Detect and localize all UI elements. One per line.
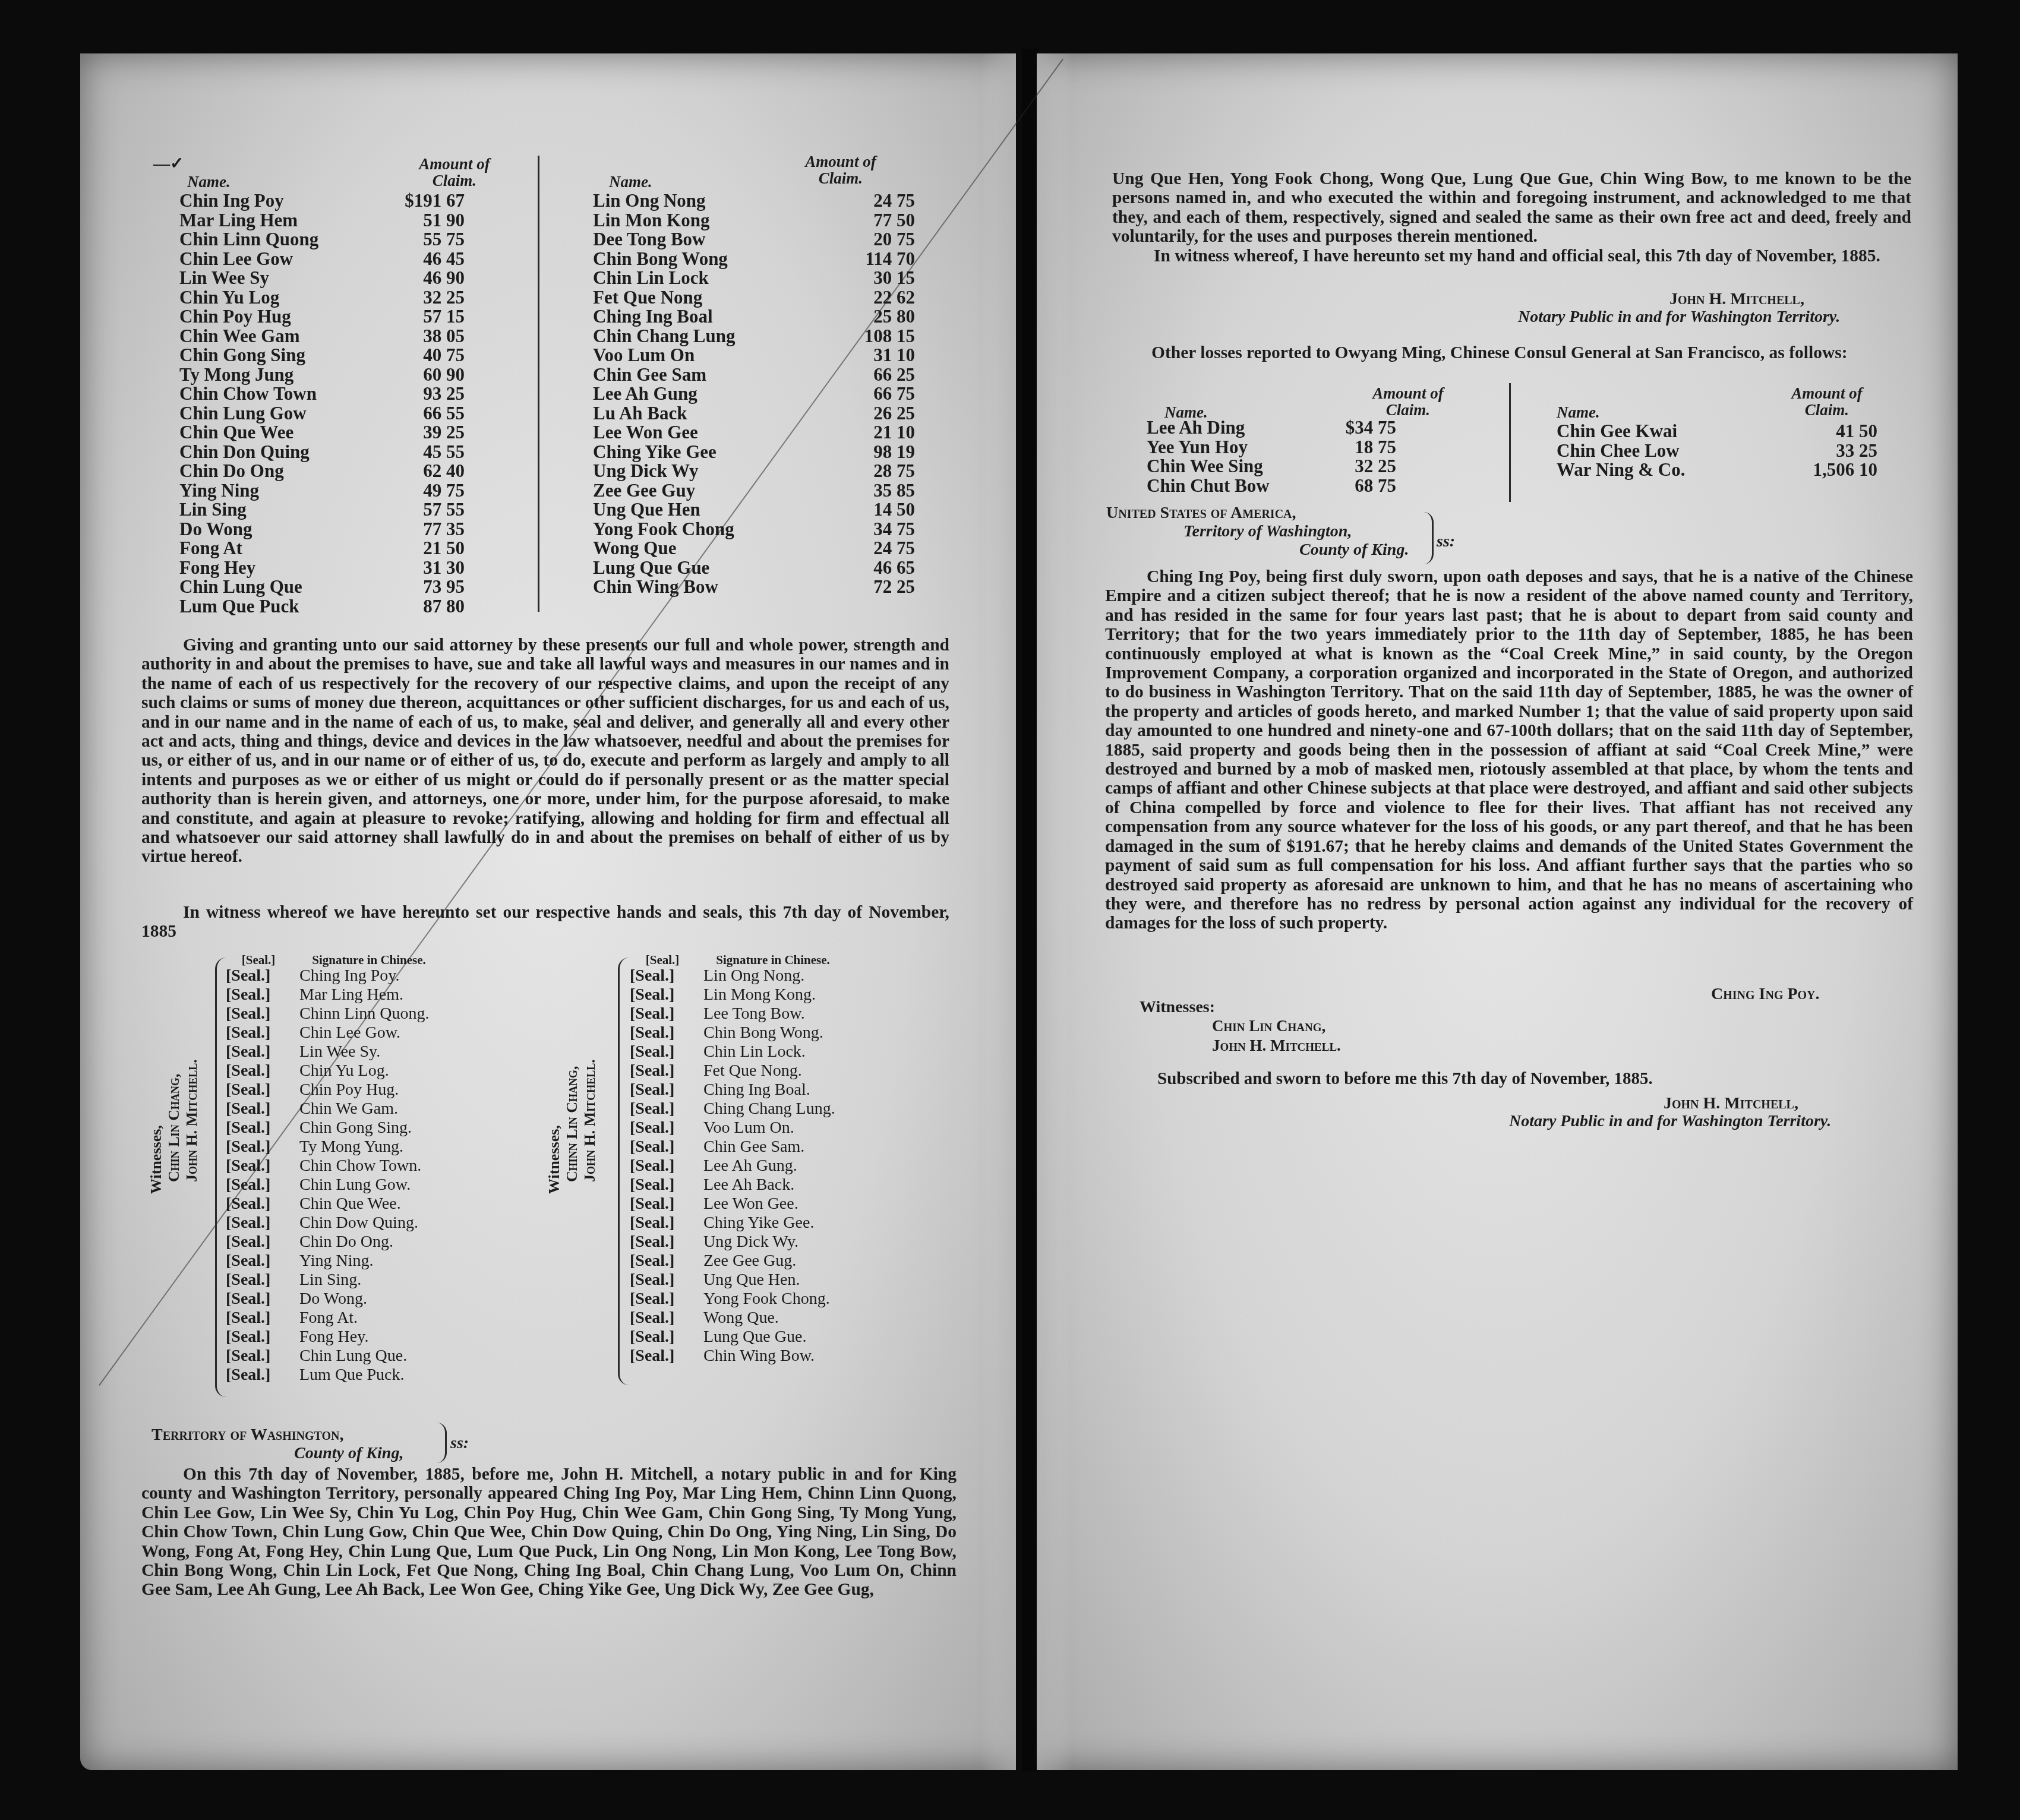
claim-amount: 35 85 xyxy=(838,481,915,501)
seal-mark: Seal. xyxy=(226,1195,291,1214)
claim-row: Lee Ah Gung66 75 xyxy=(593,384,915,404)
claim-amount: 22 62 xyxy=(838,288,915,308)
claim-amount: 68 75 xyxy=(1319,476,1396,496)
power-of-attorney-paragraph: Giving and granting unto our said attorn… xyxy=(141,636,949,867)
claimant-name: Chin Que Wee xyxy=(179,423,387,443)
notary-name: John H. Mitchell, xyxy=(1669,290,1804,309)
amount-header: Amount of Claim. xyxy=(796,153,885,187)
claim-row: Lum Que Puck87 80 xyxy=(179,597,465,617)
claim-amount: 55 75 xyxy=(387,230,465,249)
seal-mark: Seal. xyxy=(226,966,291,985)
seal-mark: Seal. xyxy=(226,1157,291,1176)
claim-row: Ching Yike Gee98 19 xyxy=(593,443,915,462)
signature-row: Seal.Lum Que Puck. xyxy=(226,1366,430,1385)
signatory-name: Chin Do Ong. xyxy=(299,1233,393,1251)
claim-row: Yee Yun Hoy18 75 xyxy=(1147,438,1396,457)
claim-row: Chin Chee Low33 25 xyxy=(1557,441,1877,461)
seal-mark: Seal. xyxy=(630,1137,695,1157)
signature-row: Seal.Ying Ning. xyxy=(226,1252,430,1271)
claim-amount: 41 50 xyxy=(1800,422,1877,441)
seal-mark: Seal. xyxy=(226,1328,291,1347)
seal-mark: Seal. xyxy=(226,1271,291,1290)
seal-mark: Seal. xyxy=(630,1233,695,1252)
seal-mark: Seal. xyxy=(630,1195,695,1214)
signatory-name: Mar Ling Hem. xyxy=(299,985,403,1004)
signature-row: Seal.Lee Ah Gung. xyxy=(630,1157,835,1176)
claim-amount: 20 75 xyxy=(838,230,915,249)
claims-list-left: Chin Ing Poy$191 67Mar Ling Hem51 90Chin… xyxy=(179,191,465,616)
claimant-name: Chin Lung Gow xyxy=(179,404,387,424)
claimant-name: Chin Lung Que xyxy=(179,577,387,597)
signatory-name: Chin Chow Town. xyxy=(299,1157,421,1175)
acknowledgment-paragraph: On this 7th day of November, 1885, befor… xyxy=(141,1465,957,1600)
venue-brace xyxy=(437,1423,447,1463)
seal-mark: Seal. xyxy=(630,1252,695,1271)
claim-amount: 66 55 xyxy=(387,404,465,424)
seal-mark: Seal. xyxy=(630,985,695,1004)
witness-1: Chin Lin Chang, xyxy=(1212,1017,1325,1035)
claimant-name: Chin Lin Lock xyxy=(593,268,838,288)
claim-amount: 39 25 xyxy=(387,423,465,443)
signature-row: Seal.Mar Ling Hem. xyxy=(226,985,430,1004)
claim-row: Chin Chow Town93 25 xyxy=(179,384,465,404)
signatory-name: Chinn Linn Quong. xyxy=(299,1004,430,1023)
claim-row: Chin Do Ong62 40 xyxy=(179,462,465,481)
claim-amount: 73 95 xyxy=(387,577,465,597)
claim-amount: 77 35 xyxy=(387,520,465,539)
notary-name-2: John H. Mitchell, xyxy=(1664,1094,1798,1113)
signature-row: Seal.Do Wong. xyxy=(226,1290,430,1309)
seal-mark: Seal. xyxy=(630,1118,695,1137)
seal-mark: Seal. xyxy=(630,1004,695,1023)
signature-brace-right xyxy=(618,958,629,1385)
signature-row: Seal.Chin Que Wee. xyxy=(226,1195,430,1214)
claim-amount: 49 75 xyxy=(387,481,465,501)
claimant-name: Wong Que xyxy=(593,539,838,558)
claimant-name: Yong Fook Chong xyxy=(593,520,838,539)
signatory-name: Ching Ing Poy. xyxy=(299,966,400,985)
claim-amount: 28 75 xyxy=(838,462,915,481)
signature-row: Seal.Chin Wing Bow. xyxy=(630,1347,835,1366)
signatory-name: Voo Lum On. xyxy=(703,1118,794,1137)
claim-amount: 57 15 xyxy=(387,307,465,327)
signatory-name: Lum Que Puck. xyxy=(299,1366,405,1384)
ss-mark: ss: xyxy=(450,1434,469,1453)
claimant-name: Lu Ah Back xyxy=(593,404,838,424)
signature-row: Seal.Chin Do Ong. xyxy=(226,1233,430,1252)
claimant-name: Lin Wee Sy xyxy=(179,268,387,288)
acknowledgment-continuation: Ung Que Hen, Yong Fook Chong, Wong Que, … xyxy=(1112,169,1911,247)
signature-row: Seal.Ching Yike Gee. xyxy=(630,1214,835,1233)
claim-amount: 14 50 xyxy=(838,500,915,520)
signature-row: Seal.Lin Mong Kong. xyxy=(630,985,835,1004)
claim-amount: 114 70 xyxy=(838,249,915,269)
signatory-name: Lin Mong Kong. xyxy=(703,985,816,1004)
signature-row: Seal.Chin Gee Sam. xyxy=(630,1137,835,1157)
claim-amount: 32 25 xyxy=(1319,457,1396,476)
claims-list-right: Lin Ong Nong24 75Lin Mon Kong77 50Dee To… xyxy=(593,191,915,597)
claim-row: Ung Dick Wy28 75 xyxy=(593,462,915,481)
claim-row: Chin Yu Log32 25 xyxy=(179,288,465,308)
claim-amount: 30 15 xyxy=(838,268,915,288)
signature-row: Seal.Ung Que Hen. xyxy=(630,1271,835,1290)
claimant-name: Chin Bong Wong xyxy=(593,249,838,269)
claim-row: Do Wong77 35 xyxy=(179,520,465,539)
claim-amount: 1,506 10 xyxy=(1800,460,1877,480)
signature-row: Seal.Chin Dow Quing. xyxy=(226,1214,430,1233)
signature-row: Seal.Chinn Linn Quong. xyxy=(226,1004,430,1023)
claim-row: Ung Que Hen14 50 xyxy=(593,500,915,520)
claimant-name: Chin Linn Quong xyxy=(179,230,387,249)
claimant-name: Chin Yu Log xyxy=(179,288,387,308)
claim-row: Chin Wee Sing32 25 xyxy=(1147,457,1396,476)
claim-amount: 26 25 xyxy=(838,404,915,424)
claim-row: Ying Ning49 75 xyxy=(179,481,465,501)
claim-amount: 34 75 xyxy=(838,520,915,539)
claim-row: Lin Wee Sy46 90 xyxy=(179,268,465,288)
seal-mark: Seal. xyxy=(630,1042,695,1061)
claimant-name: Fong At xyxy=(179,539,387,558)
claim-row: Chin Chut Bow68 75 xyxy=(1147,476,1396,496)
seal-mark: Seal. xyxy=(226,1042,291,1061)
claimant-name: Ching Yike Gee xyxy=(593,443,838,462)
amount-header: Amount of Claim. xyxy=(1782,385,1871,418)
claim-row: Lung Que Gue46 65 xyxy=(593,558,915,578)
signature-row: Seal.Chin Lung Gow. xyxy=(226,1176,430,1195)
book-gutter xyxy=(1022,49,1039,1771)
claim-row: Voo Lum On31 10 xyxy=(593,346,915,365)
claim-row: Fet Que Nong22 62 xyxy=(593,288,915,308)
claimant-name: Yee Yun Hoy xyxy=(1147,438,1319,457)
claimant-name: Chin Ing Poy xyxy=(179,191,387,211)
claim-row: Chin Ing Poy$191 67 xyxy=(179,191,465,211)
signature-row: Seal.Lin Sing. xyxy=(226,1271,430,1290)
signature-row: Seal.Chin Yu Log. xyxy=(226,1061,430,1080)
claims-table-right-header: Name. Amount of Claim. xyxy=(588,153,921,189)
claimant-name: Fong Hey xyxy=(179,558,387,578)
claimant-name: Chin Chow Town xyxy=(179,384,387,404)
claimant-name: Chin Chee Low xyxy=(1557,441,1800,461)
claim-amount: 21 50 xyxy=(387,539,465,558)
claim-row: Yong Fook Chong34 75 xyxy=(593,520,915,539)
claim-row: Ty Mong Jung60 90 xyxy=(179,365,465,385)
seal-mark: Seal. xyxy=(226,1118,291,1137)
claim-row: Chin Que Wee39 25 xyxy=(179,423,465,443)
claim-amount: 72 25 xyxy=(838,577,915,597)
seal-mark: Seal. xyxy=(630,1271,695,1290)
subscribed-line: Subscribed and sworn to before me this 7… xyxy=(1157,1069,1653,1089)
claim-row: Chin Linn Quong55 75 xyxy=(179,230,465,249)
claim-amount: 51 90 xyxy=(387,211,465,230)
claimant-name: Lum Que Puck xyxy=(179,597,387,617)
claim-amount: 108 15 xyxy=(838,327,915,346)
page-fold-shadow xyxy=(980,53,1016,1770)
amount-header: Amount of Claim. xyxy=(410,156,499,189)
claim-row: War Ning & Co.1,506 10 xyxy=(1557,460,1877,480)
venue-block-left: Territory of Washington, County of King, xyxy=(151,1426,460,1462)
seal-mark: Seal. xyxy=(226,1290,291,1309)
signatory-name: Chin Yu Log. xyxy=(299,1061,389,1080)
claimant-name: Chin Gong Sing xyxy=(179,346,387,365)
affiant-signature: Ching Ing Poy. xyxy=(1711,985,1820,1004)
signature-row: Seal.Wong Que. xyxy=(630,1309,835,1328)
notary-title-2: Notary Public in and for Washington Terr… xyxy=(1509,1112,1831,1131)
claim-amount: 32 25 xyxy=(387,288,465,308)
seal-mark: Seal. xyxy=(226,1099,291,1118)
claim-amount: 45 55 xyxy=(387,443,465,462)
seal-mark: Seal. xyxy=(226,1347,291,1366)
seal-mark: Seal. xyxy=(226,1004,291,1023)
claim-row: Lu Ah Back26 25 xyxy=(593,404,915,424)
claim-amount: 18 75 xyxy=(1319,438,1396,457)
claim-row: Chin Don Quing45 55 xyxy=(179,443,465,462)
notary-witness-paragraph: In witness whereof, I have hereunto set … xyxy=(1112,247,1911,266)
signatory-name: Chin Wing Bow. xyxy=(703,1347,815,1365)
claim-amount: 31 30 xyxy=(387,558,465,578)
signature-row: Seal.Chin Poy Hug. xyxy=(226,1080,430,1099)
signature-row: Seal.Chin Lee Gow. xyxy=(226,1023,430,1042)
column-divider xyxy=(538,156,539,612)
signatory-name: Lee Ah Gung. xyxy=(703,1157,797,1175)
claim-amount: $34 75 xyxy=(1319,418,1396,438)
seal-mark: Seal. xyxy=(226,1214,291,1233)
signatory-name: Chin Lee Gow. xyxy=(299,1023,400,1042)
claim-amount: 93 25 xyxy=(387,384,465,404)
claim-amount: 98 19 xyxy=(838,443,915,462)
seal-mark: Seal. xyxy=(630,1080,695,1099)
claim-amount: 77 50 xyxy=(838,211,915,230)
claimant-name: Chin Chut Bow xyxy=(1147,476,1319,496)
witnesses-label: Witnesses: xyxy=(1140,998,1215,1017)
signature-row: Seal.Lin Wee Sy. xyxy=(226,1042,430,1061)
claimant-name: Voo Lum On xyxy=(593,346,838,365)
signature-row: Seal.Lee Tong Bow. xyxy=(630,1004,835,1023)
claim-row: Chin Lin Lock30 15 xyxy=(593,268,915,288)
signature-column-right: [Seal.] Signature in Chinese. Seal.Lin O… xyxy=(630,953,835,1366)
signature-row: Seal.Fet Que Nong. xyxy=(630,1061,835,1080)
claimant-name: Chin Wee Gam xyxy=(179,327,387,346)
claim-row: Chin Gong Sing40 75 xyxy=(179,346,465,365)
claimant-name: Ty Mong Jung xyxy=(179,365,387,385)
signatory-name: Lee Tong Bow. xyxy=(703,1004,805,1023)
claim-row: Ching Ing Boal25 80 xyxy=(593,307,915,327)
signatory-name: Wong Que. xyxy=(703,1309,779,1327)
claim-row: Chin Gee Sam66 25 xyxy=(593,365,915,385)
claim-amount: 21 10 xyxy=(838,423,915,443)
seal-mark: Seal. xyxy=(630,1157,695,1176)
seal-mark: Seal. xyxy=(630,1347,695,1366)
seal-mark: Seal. xyxy=(226,1233,291,1252)
claim-amount: 46 65 xyxy=(838,558,915,578)
claim-amount: 46 90 xyxy=(387,268,465,288)
signatory-name: Ching Ing Boal. xyxy=(703,1080,810,1099)
signature-row: Seal.Chin Lin Lock. xyxy=(630,1042,835,1061)
claim-amount: 60 90 xyxy=(387,365,465,385)
claim-amount: 66 75 xyxy=(838,384,915,404)
page-fold-shadow xyxy=(1037,53,1072,1770)
claimant-name: Do Wong xyxy=(179,520,387,539)
claimant-name: Lin Sing xyxy=(179,500,387,520)
claimant-name: Zee Gee Guy xyxy=(593,481,838,501)
signatory-name: Ty Mong Yung. xyxy=(299,1137,403,1156)
signature-row: Seal.Chin Lung Que. xyxy=(226,1347,430,1366)
name-header: Name. xyxy=(1557,404,1600,421)
signatory-name: Lin Sing. xyxy=(299,1271,361,1289)
claim-amount: 33 25 xyxy=(1800,441,1877,461)
claimant-name: Lin Ong Nong xyxy=(593,191,838,211)
signature-row: Seal.Chin Gong Sing. xyxy=(226,1118,430,1137)
signature-row: Seal.Ching Ing Poy. xyxy=(226,966,430,985)
signatory-name: Chin Lin Lock. xyxy=(703,1042,806,1061)
claim-row: Chin Lung Que73 95 xyxy=(179,577,465,597)
claim-row: Chin Poy Hug57 15 xyxy=(179,307,465,327)
signatory-name: Lung Que Gue. xyxy=(703,1328,806,1346)
claim-row: Fong Hey31 30 xyxy=(179,558,465,578)
claimant-name: Dee Tong Bow xyxy=(593,230,838,249)
seal-mark: Seal. xyxy=(630,1061,695,1080)
claim-row: Chin Lung Gow66 55 xyxy=(179,404,465,424)
claim-amount: 62 40 xyxy=(387,462,465,481)
claimant-name: Ying Ning xyxy=(179,481,387,501)
claimant-name: Chin Poy Hug xyxy=(179,307,387,327)
signature-row: Seal.Lung Que Gue. xyxy=(630,1328,835,1347)
notary-title: Notary Public in and for Washington Terr… xyxy=(1518,308,1840,327)
claimant-name: Lee Won Gee xyxy=(593,423,838,443)
signature-column-left: [Seal.] Signature in Chinese. Seal.Ching… xyxy=(226,953,430,1385)
other-losses-right: Chin Gee Kwai41 50Chin Chee Low33 25War … xyxy=(1557,422,1877,480)
claimant-name: Chin Don Quing xyxy=(179,443,387,462)
claimant-name: Chin Wing Bow xyxy=(593,577,838,597)
seal-mark: Seal. xyxy=(226,1252,291,1271)
claim-row: Chin Gee Kwai41 50 xyxy=(1557,422,1877,441)
claims-table-left-header: Name. Amount of Claim. xyxy=(178,156,529,191)
seal-mark: Seal. xyxy=(226,1309,291,1328)
claimant-name: Lee Ah Gung xyxy=(593,384,838,404)
claim-row: Wong Que24 75 xyxy=(593,539,915,558)
signature-row: Seal.Yong Fook Chong. xyxy=(630,1290,835,1309)
seal-mark: Seal. xyxy=(226,1023,291,1042)
claimant-name: Chin Wee Sing xyxy=(1147,457,1319,476)
signatory-name: Chin Gee Sam. xyxy=(703,1137,804,1156)
claimant-name: Lung Que Gue xyxy=(593,558,838,578)
claim-row: Zee Gee Guy35 85 xyxy=(593,481,915,501)
seal-mark: Seal. xyxy=(226,1137,291,1157)
claim-row: Lin Ong Nong24 75 xyxy=(593,191,915,211)
claim-row: Chin Bong Wong114 70 xyxy=(593,249,915,269)
claim-amount: 25 80 xyxy=(838,307,915,327)
affidavit-paragraph: Ching Ing Poy, being first duly sworn, u… xyxy=(1105,567,1913,933)
claim-amount: $191 67 xyxy=(387,191,465,211)
signature-row: Seal.Lee Won Gee. xyxy=(630,1195,835,1214)
venue-brace xyxy=(1424,512,1434,564)
seal-mark: Seal. xyxy=(630,1023,695,1042)
signatory-name: Ying Ning. xyxy=(299,1252,373,1270)
ss-mark: ss: xyxy=(1437,532,1455,551)
claim-amount: 40 75 xyxy=(387,346,465,365)
seal-mark: Seal. xyxy=(226,985,291,1004)
claimant-name: Ung Dick Wy xyxy=(593,462,838,481)
signature-row: Seal.Ching Chang Lung. xyxy=(630,1099,835,1118)
claim-amount: 24 75 xyxy=(838,191,915,211)
seal-mark: Seal. xyxy=(226,1061,291,1080)
claim-amount: 38 05 xyxy=(387,327,465,346)
column-divider xyxy=(1509,383,1511,502)
signatory-name: Chin Bong Wong. xyxy=(703,1023,823,1042)
signatory-name: Chin Dow Quing. xyxy=(299,1214,418,1232)
claimant-name: Fet Que Nong xyxy=(593,288,838,308)
signatory-name: Do Wong. xyxy=(299,1290,367,1308)
claim-row: Lin Sing57 55 xyxy=(179,500,465,520)
claim-row: Lee Won Gee21 10 xyxy=(593,423,915,443)
other-losses-intro: Other losses reported to Owyang Ming, Ch… xyxy=(1110,343,1912,362)
amount-header: Amount of Claim. xyxy=(1363,385,1453,418)
signatory-name: Zee Gee Gug. xyxy=(703,1252,796,1270)
signatory-name: Ching Chang Lung. xyxy=(703,1099,835,1118)
claim-amount: 31 10 xyxy=(838,346,915,365)
signatory-name: Chin We Gam. xyxy=(299,1099,398,1118)
signatory-name: Ung Dick Wy. xyxy=(703,1233,798,1251)
seal-mark: Seal. xyxy=(630,1214,695,1233)
claim-amount: 57 55 xyxy=(387,500,465,520)
seal-mark: Seal. xyxy=(226,1176,291,1195)
claimant-name: Chin Do Ong xyxy=(179,462,387,481)
signatory-name: Chin Gong Sing. xyxy=(299,1118,412,1137)
claimant-name: Chin Chang Lung xyxy=(593,327,838,346)
signatory-name: Fet Que Nong. xyxy=(703,1061,802,1080)
claim-row: Chin Lee Gow46 45 xyxy=(179,249,465,269)
claimant-name: Mar Ling Hem xyxy=(179,211,387,230)
seal-mark: Seal. xyxy=(630,1328,695,1347)
claimant-name: Lin Mon Kong xyxy=(593,211,838,230)
claim-row: Chin Wee Gam38 05 xyxy=(179,327,465,346)
claimant-name: Chin Gee Sam xyxy=(593,365,838,385)
claim-row: Chin Wing Bow72 25 xyxy=(593,577,915,597)
signature-row: Seal.Chin We Gam. xyxy=(226,1099,430,1118)
signatory-name: Chin Que Wee. xyxy=(299,1195,401,1213)
seal-mark: Seal. xyxy=(630,1099,695,1118)
seal-mark: Seal. xyxy=(630,1290,695,1309)
signature-row: Seal.Zee Gee Gug. xyxy=(630,1252,835,1271)
seal-mark: Seal. xyxy=(630,1309,695,1328)
claimant-name: War Ning & Co. xyxy=(1557,460,1800,480)
signatory-name: Fong Hey. xyxy=(299,1328,368,1346)
signatory-name: Ung Que Hen. xyxy=(703,1271,800,1289)
claim-amount: 46 45 xyxy=(387,249,465,269)
witnesses-vertical-right: Witnesses, Chinn Lin Chang, John H. Mitc… xyxy=(545,1059,599,1194)
claim-row: Dee Tong Bow20 75 xyxy=(593,230,915,249)
name-header: Name. xyxy=(187,173,231,190)
claimant-name: Ung Que Hen xyxy=(593,500,838,520)
seal-mark: Seal. xyxy=(226,1080,291,1099)
signature-row: Seal.Voo Lum On. xyxy=(630,1118,835,1137)
signatory-name: Fong At. xyxy=(299,1309,358,1327)
signatory-name: Yong Fook Chong. xyxy=(703,1290,830,1308)
claim-row: Fong At21 50 xyxy=(179,539,465,558)
signatory-name: Lee Won Gee. xyxy=(703,1195,798,1213)
signatory-name: Lin Wee Sy. xyxy=(299,1042,380,1061)
signature-row: Seal.Lin Ong Nong. xyxy=(630,966,835,985)
signatory-name: Ching Yike Gee. xyxy=(703,1214,814,1232)
other-losses-left-header: Name. Amount of Claim. xyxy=(1129,380,1462,422)
signature-row: Seal.Ung Dick Wy. xyxy=(630,1233,835,1252)
claim-amount: 87 80 xyxy=(387,597,465,617)
claimant-name: Ching Ing Boal xyxy=(593,307,838,327)
claimant-name: Chin Lee Gow xyxy=(179,249,387,269)
witness-2: John H. Mitchell. xyxy=(1212,1037,1341,1055)
claim-row: Chin Chang Lung108 15 xyxy=(593,327,915,346)
other-losses-left: Lee Ah Ding$34 75Yee Yun Hoy18 75Chin We… xyxy=(1147,418,1396,495)
signatory-name: Chin Poy Hug. xyxy=(299,1080,399,1099)
